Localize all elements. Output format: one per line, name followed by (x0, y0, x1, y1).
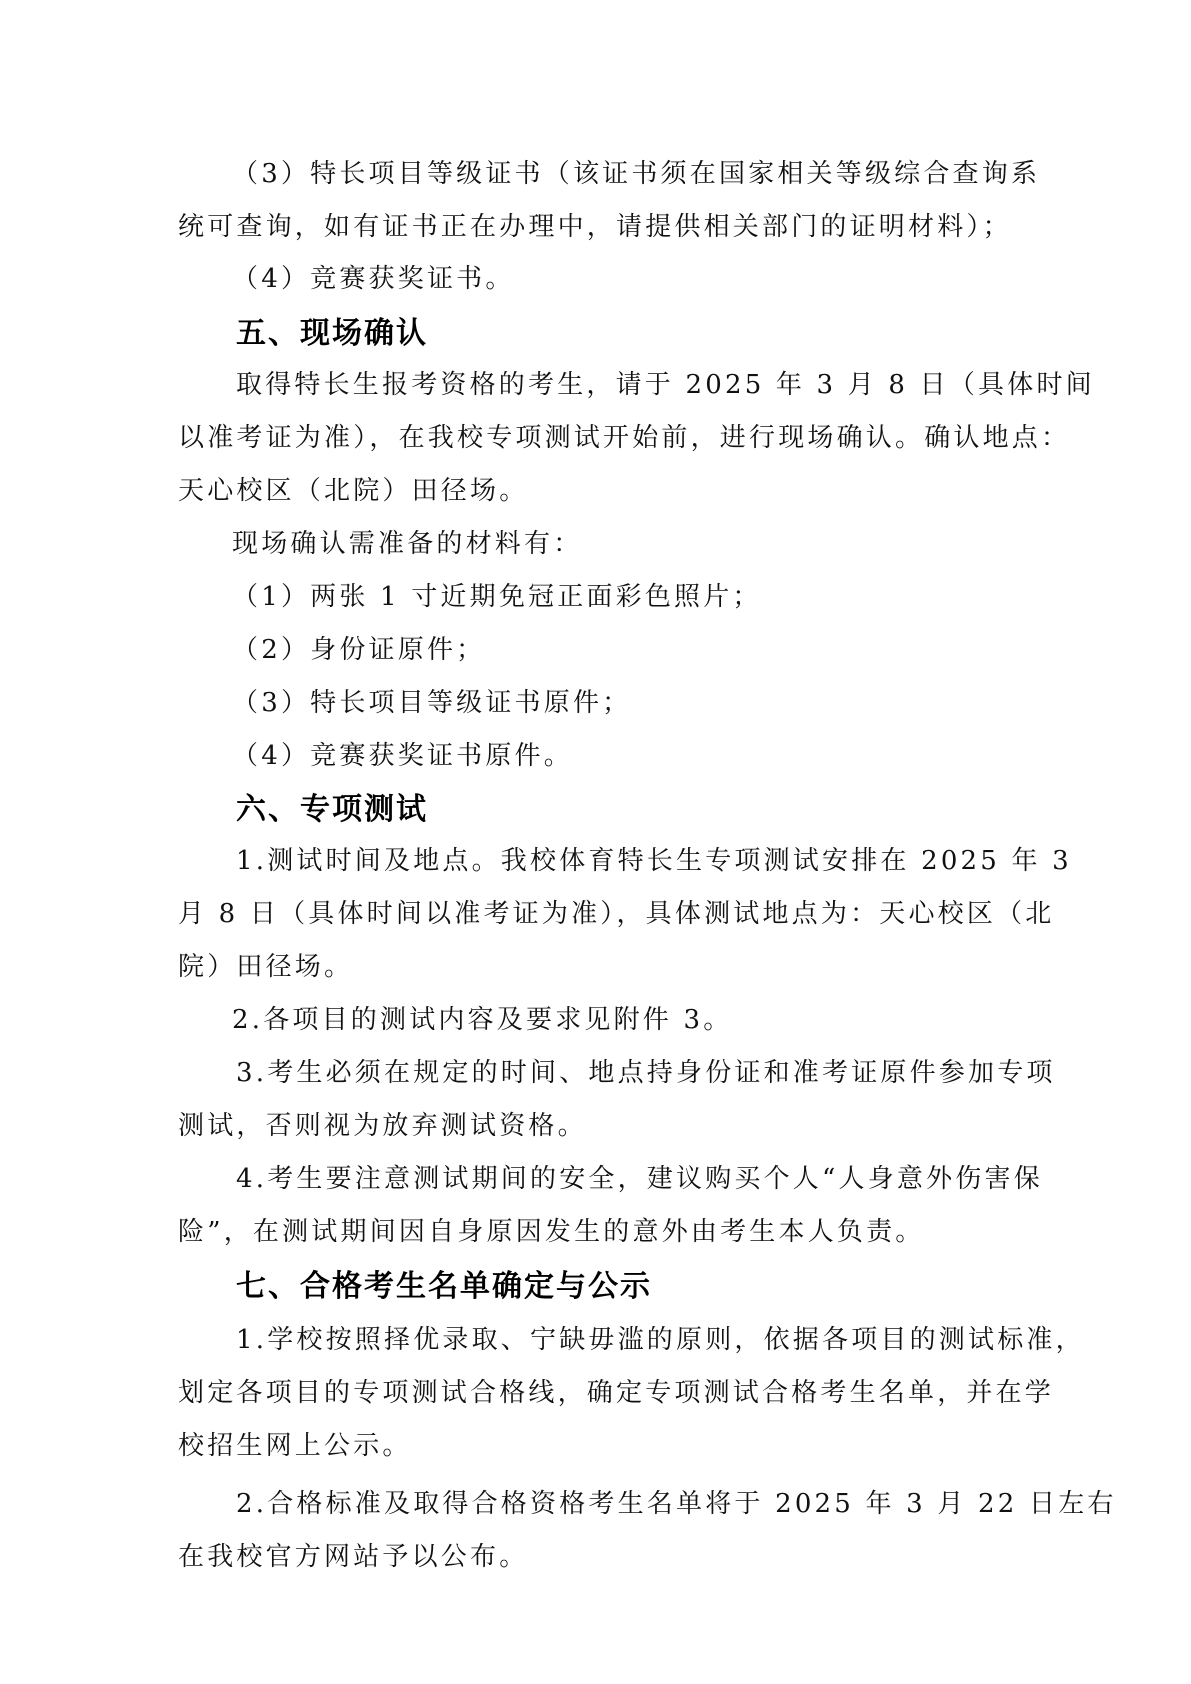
section-heading: 七、合格考生名单确定与公示 (236, 1268, 652, 1306)
paragraph-line: 险”，在测试期间因自身原因发生的意外由考生本人负责。 (178, 1215, 1013, 1249)
paragraph-line: 1.学校按照择优录取、宁缺毋滥的原则，依据各项目的测试标准， (236, 1323, 1013, 1357)
paragraph-line: 在我校官方网站予以公布。 (178, 1540, 1013, 1574)
paragraph-line: 1.测试时间及地点。我校体育特长生专项测试安排在 2025 年 3 (236, 844, 1013, 878)
paragraph-line: 划定各项目的专项测试合格线，确定专项测试合格考生名单，并在学 (178, 1376, 1013, 1410)
paragraph-line: （4）竞赛获奖证书原件。 (232, 739, 1067, 773)
paragraph-line: 4.考生要注意测试期间的安全，建议购买个人“人身意外伤害保 (236, 1162, 1013, 1196)
paragraph-line: （2）身份证原件； (232, 633, 1067, 667)
paragraph-line: 2.各项目的测试内容及要求见附件 3。 (232, 1003, 1067, 1037)
paragraph-line: （3）特长项目等级证书原件； (232, 686, 1067, 720)
paragraph-line: （1）两张 1 寸近期免冠正面彩色照片； (232, 580, 1067, 614)
paragraph-line: 院）田径场。 (178, 950, 1013, 984)
paragraph-line: 校招生网上公示。 (178, 1429, 1013, 1463)
paragraph-line: 测试，否则视为放弃测试资格。 (178, 1109, 1013, 1143)
section-heading: 五、现场确认 (236, 315, 428, 353)
paragraph-line: 统可查询，如有证书正在办理中，请提供相关部门的证明材料）； (178, 210, 1013, 244)
paragraph-line: 以准考证为准），在我校专项测试开始前，进行现场确认。确认地点： (178, 421, 1013, 455)
paragraph-line: 现场确认需准备的材料有： (232, 527, 1067, 561)
paragraph-line: 3.考生必须在规定的时间、地点持身份证和准考证原件参加专项 (236, 1056, 1013, 1090)
paragraph-line: （3）特长项目等级证书（该证书须在国家相关等级综合查询系 (232, 157, 1067, 191)
paragraph-line: 月 8 日（具体时间以准考证为准），具体测试地点为：天心校区（北 (178, 897, 1013, 931)
paragraph-line: （4）竞赛获奖证书。 (232, 262, 1067, 296)
paragraph-line: 天心校区（北院）田径场。 (178, 474, 1013, 508)
paragraph-line: 2.合格标准及取得合格资格考生名单将于 2025 年 3 月 22 日左右 (236, 1487, 1013, 1521)
section-heading: 六、专项测试 (236, 791, 428, 829)
paragraph-line: 取得特长生报考资格的考生，请于 2025 年 3 月 8 日（具体时间 (236, 368, 1013, 402)
document-page: （3）特长项目等级证书（该证书须在国家相关等级综合查询系统可查询，如有证书正在办… (0, 0, 1191, 1684)
